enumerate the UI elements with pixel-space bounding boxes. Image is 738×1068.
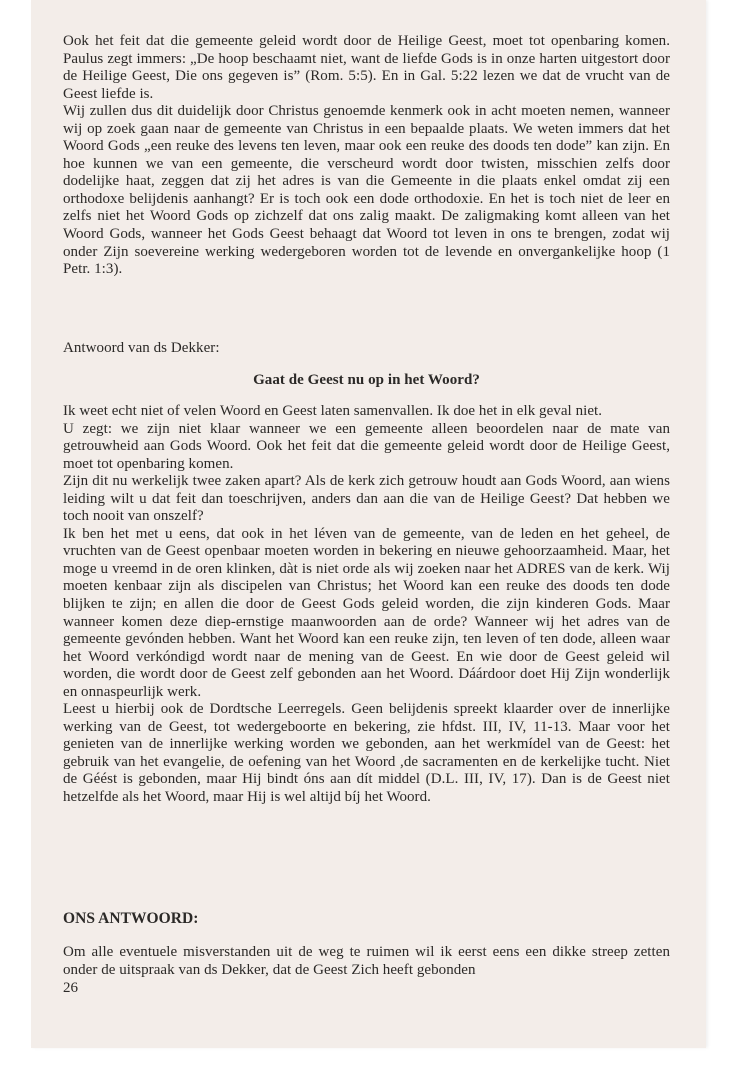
document-page: Ook het feit dat die gemeente geleid wor… bbox=[31, 0, 706, 1048]
answer-paragraph-5: Leest u hierbij ook de Dordtsche Leerreg… bbox=[63, 701, 670, 806]
answer-heading: Gaat de Geest nu op in het Woord? bbox=[63, 372, 670, 390]
answer-paragraph-2: U zegt: we zijn niet klaar wanneer we ee… bbox=[63, 421, 670, 474]
answer-paragraph-1: Ik weet echt niet of velen Woord en Gees… bbox=[63, 403, 670, 421]
answer-paragraph-4: Ik ben het met u eens, dat ook in het lé… bbox=[63, 526, 670, 701]
answer-label: Antwoord van ds Dekker: bbox=[63, 340, 670, 358]
intro-paragraph-1: Ook het feit dat die gemeente geleid wor… bbox=[63, 33, 670, 103]
intro-paragraph-2: Wij zullen dus dit duidelijk door Christ… bbox=[63, 103, 670, 278]
response-paragraph-1: Om alle eventuele misverstanden uit de w… bbox=[63, 944, 670, 979]
response-section: Om alle eventuele misverstanden uit de w… bbox=[63, 944, 670, 979]
intro-section: Ook het feit dat die gemeente geleid wor… bbox=[63, 33, 670, 279]
answer-paragraph-3: Zijn dit nu werkelijk twee zaken apart? … bbox=[63, 473, 670, 526]
page-number: 26 bbox=[63, 980, 670, 998]
response-heading: ONS ANTWOORD: bbox=[63, 910, 670, 928]
answer-section: Ik weet echt niet of velen Woord en Gees… bbox=[63, 403, 670, 807]
